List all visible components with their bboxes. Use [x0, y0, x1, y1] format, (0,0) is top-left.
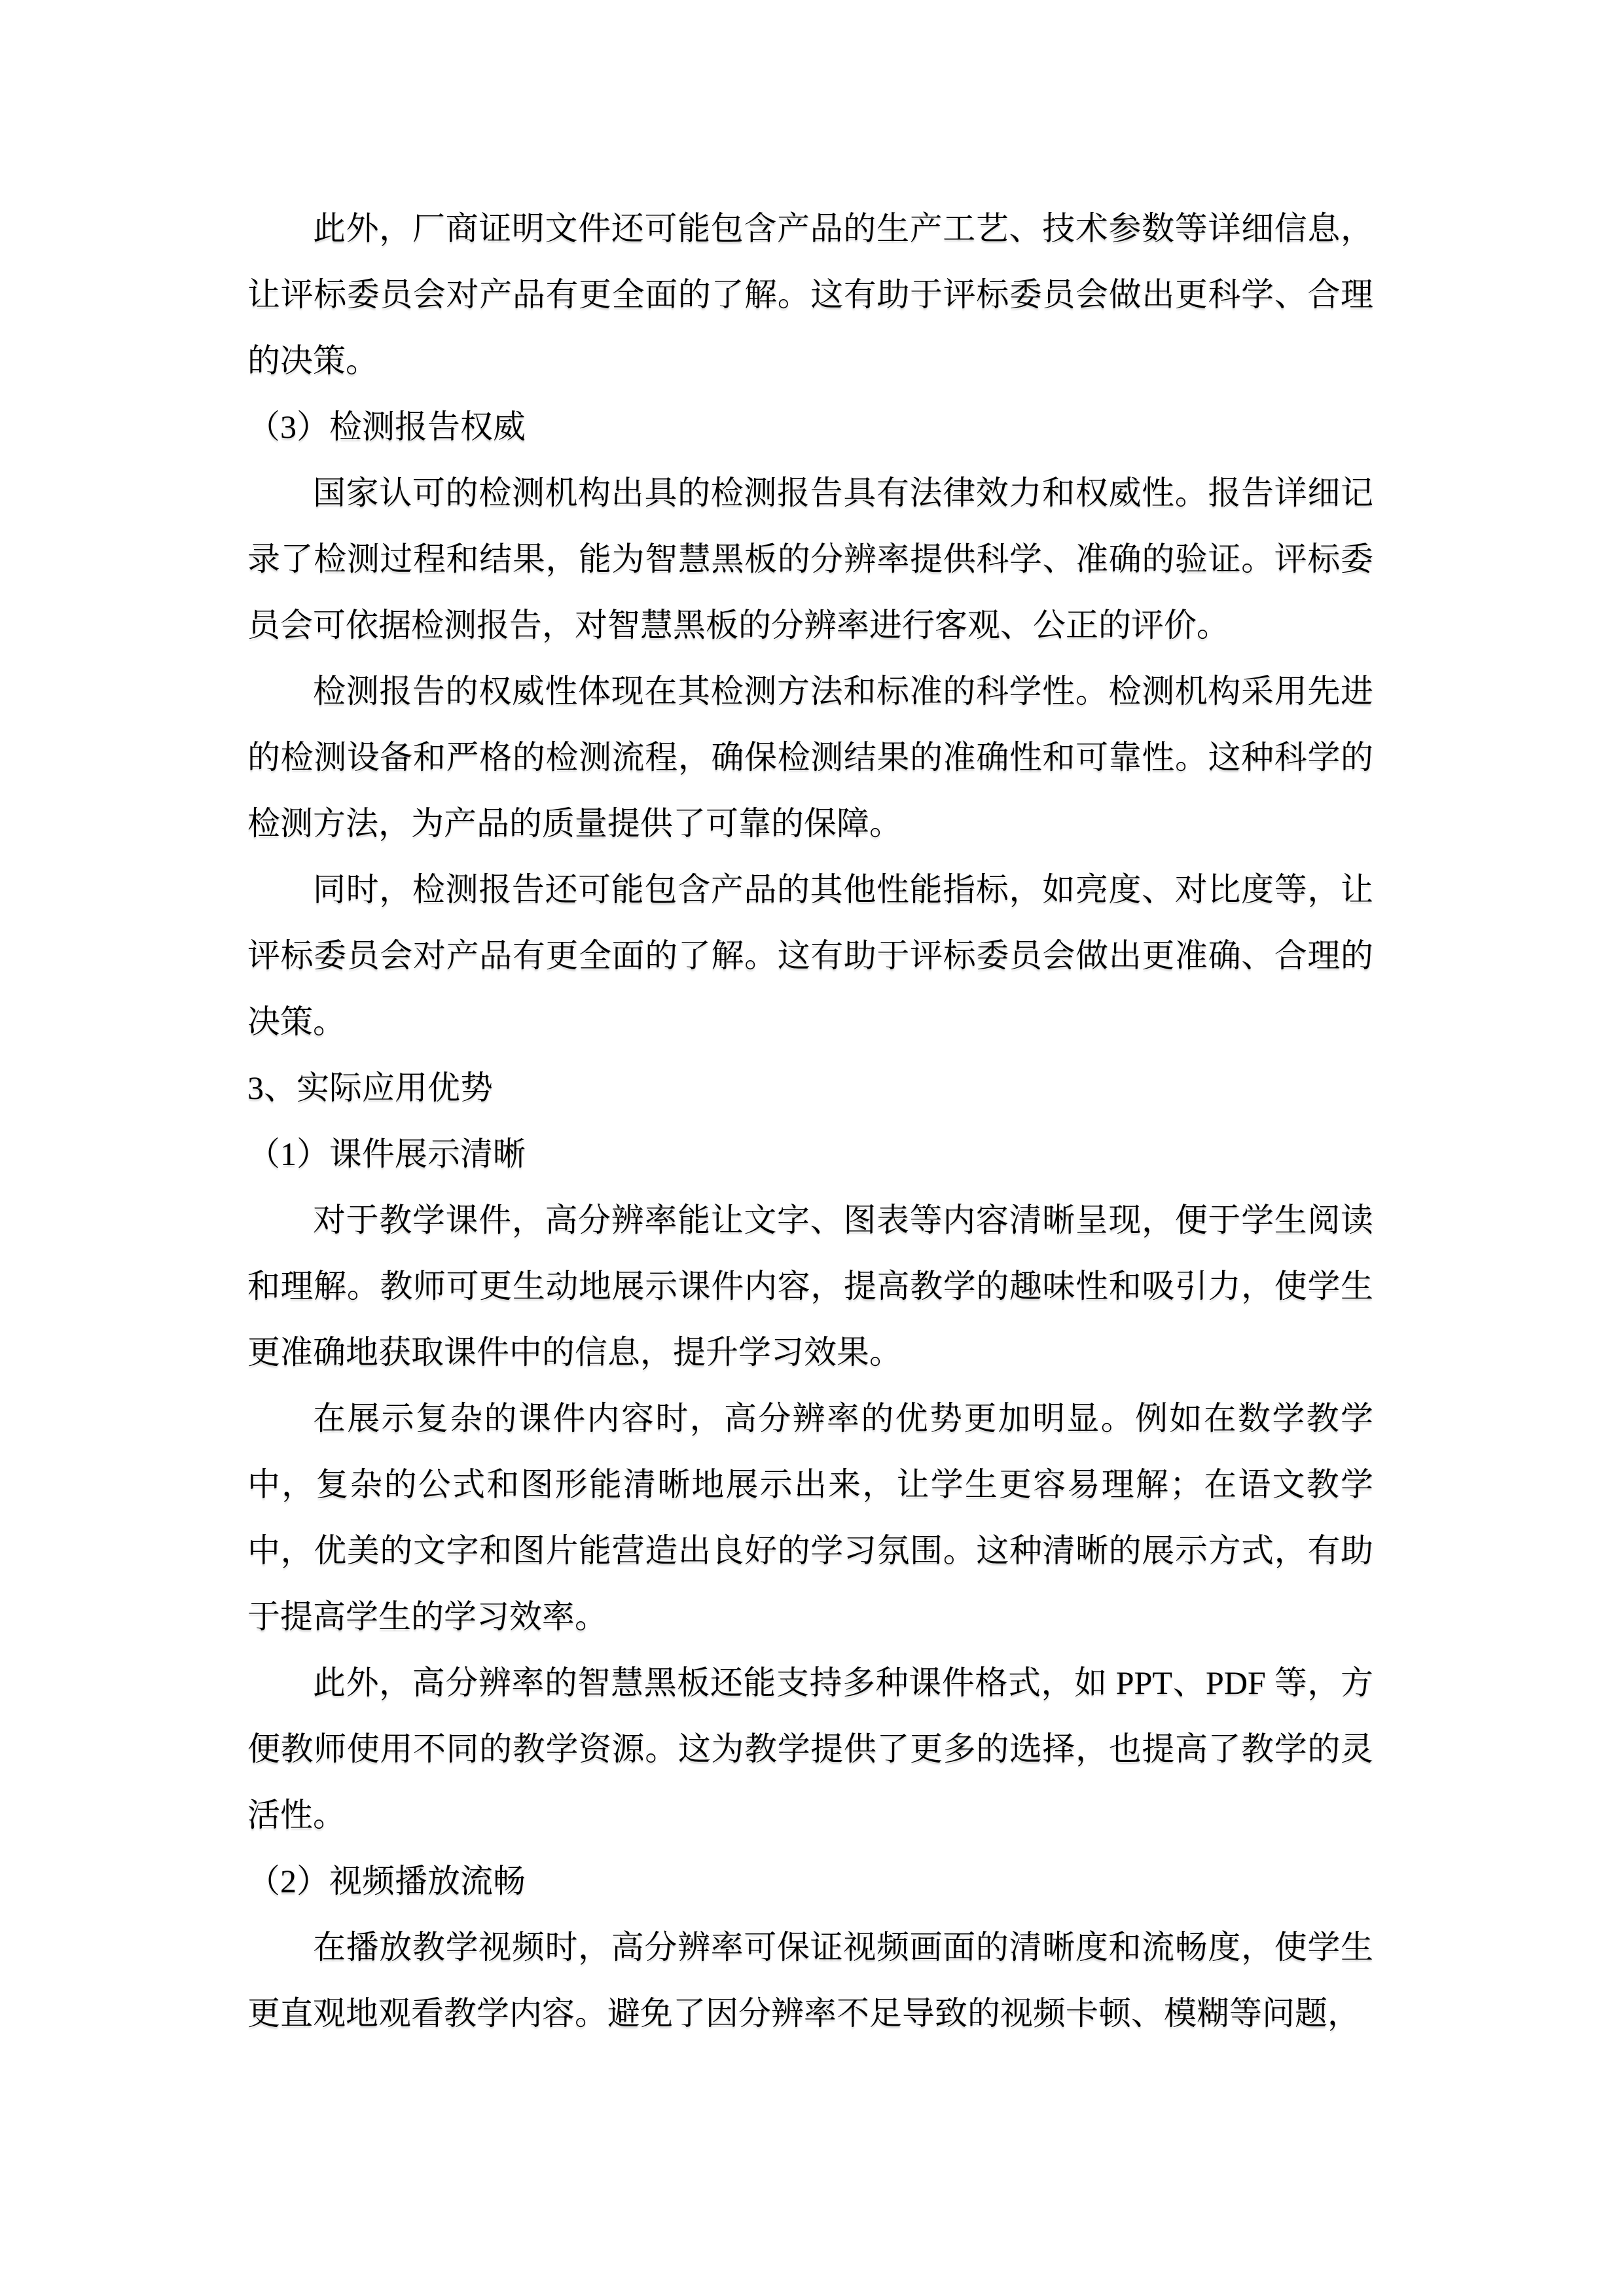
section-heading: （1）课件展示清晰	[247, 1121, 1373, 1187]
document-page: 此外，厂商证明文件还可能包含产品的生产工艺、技术参数等详细信息，让评标委员会对产…	[0, 0, 1624, 2296]
paragraph: 同时，检测报告还可能包含产品的其他性能指标，如亮度、对比度等，让评标委员会对产品…	[247, 857, 1373, 1055]
section-heading: 3、实际应用优势	[247, 1055, 1373, 1121]
paragraph: 检测报告的权威性体现在其检测方法和标准的科学性。检测机构采用先进的检测设备和严格…	[247, 658, 1373, 857]
section-heading: （3）检测报告权威	[247, 394, 1373, 460]
paragraph: 在展示复杂的课件内容时，高分辨率的优势更加明显。例如在数学教学中，复杂的公式和图…	[247, 1386, 1373, 1650]
paragraph: 此外，高分辨率的智慧黑板还能支持多种课件格式，如 PPT、PDF 等，方便教师使…	[247, 1650, 1373, 1848]
section-heading: （2）视频播放流畅	[247, 1848, 1373, 1914]
paragraph: 国家认可的检测机构出具的检测报告具有法律效力和权威性。报告详细记录了检测过程和结…	[247, 460, 1373, 658]
paragraph: 对于教学课件，高分辨率能让文字、图表等内容清晰呈现，便于学生阅读和理解。教师可更…	[247, 1187, 1373, 1386]
document-body: 此外，厂商证明文件还可能包含产品的生产工艺、技术参数等详细信息，让评标委员会对产…	[247, 196, 1373, 2047]
paragraph: 在播放教学视频时，高分辨率可保证视频画面的清晰度和流畅度，使学生更直观地观看教学…	[247, 1914, 1373, 2047]
paragraph: 此外，厂商证明文件还可能包含产品的生产工艺、技术参数等详细信息，让评标委员会对产…	[247, 196, 1373, 394]
